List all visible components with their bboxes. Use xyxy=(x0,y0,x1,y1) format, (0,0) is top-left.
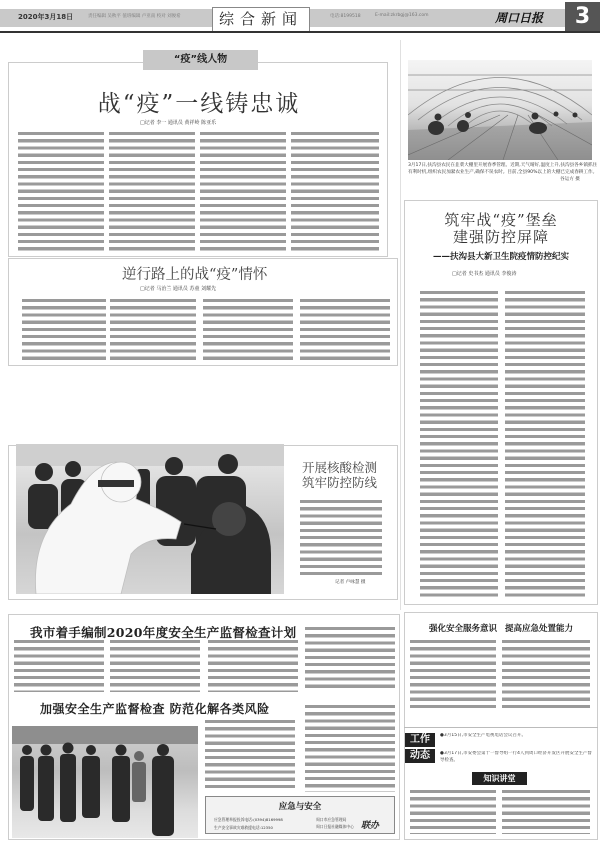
risk-headline: 加强安全生产监督检查 防范化解各类风险 xyxy=(40,700,270,717)
issue-date: 2020年3月18日 xyxy=(18,12,73,22)
inspection-illustration xyxy=(12,726,198,838)
ad-hotline-rescue: 生产安全事故灾难救援电话:12350 xyxy=(214,825,273,831)
work-news-divider xyxy=(404,727,598,728)
fortress-subtitle: ——扶沟县大新卫生院疫情防控纪实 xyxy=(408,250,594,262)
safety-plan-column-2 xyxy=(110,640,200,692)
ad-organizer-1: 周口市应急管理局 xyxy=(316,817,346,823)
newspaper-logo: 周口日报 xyxy=(495,9,543,26)
nucleic-test-illustration xyxy=(16,444,284,594)
safety-plan-column-4 xyxy=(305,627,395,692)
service-column-2 xyxy=(502,640,590,708)
masthead-rule xyxy=(0,31,600,33)
knowledge-label: 知识讲堂 xyxy=(472,772,527,785)
fortress-headline: 筑牢战“疫”堡垒 建强防控屏障 xyxy=(408,212,594,246)
nucleic-headline-line-1: 开展核酸检测 xyxy=(302,460,377,475)
fortress-headline-line-1: 筑牢战“疫”堡垒 xyxy=(408,212,594,229)
feature-column-1 xyxy=(18,132,104,254)
service-column-1 xyxy=(410,640,496,708)
nucleic-body-column xyxy=(300,500,382,578)
greenhouse-credit: 谷运方 摄 xyxy=(560,176,580,182)
retrograde-column-4 xyxy=(203,299,293,363)
knowledge-column-1 xyxy=(410,790,496,834)
knowledge-column-2 xyxy=(502,790,590,834)
work-news-label-2: 动态 xyxy=(405,749,435,763)
retrograde-headline: 逆行路上的战“疫”情怀 xyxy=(100,263,350,284)
risk-column-1 xyxy=(205,720,295,792)
work-news-item-1: ●3月15日,市安全生产电视电话会议召开。 xyxy=(440,733,592,747)
fortress-headline-line-2: 建强防控屏障 xyxy=(408,229,594,246)
fortress-byline: □记者 史书杰 通讯员 李俊涛 xyxy=(452,270,517,277)
ad-joint-label: 联办 xyxy=(361,818,379,831)
retrograde-column-3 xyxy=(110,299,196,363)
inspection-photo xyxy=(12,726,198,838)
fortress-column-1 xyxy=(420,291,498,599)
retrograde-byline: □记者 马治兰 通讯员 苏童 刘耀先 xyxy=(140,285,216,292)
nucleic-test-photo xyxy=(16,444,284,594)
fortress-column-2 xyxy=(505,291,585,599)
safety-plan-column-1 xyxy=(14,640,104,692)
nucleic-headline-line-2: 筑牢防控防线 xyxy=(302,475,377,490)
greenhouse-illustration xyxy=(408,60,592,160)
page-column-divider xyxy=(400,40,401,610)
feature-column-2 xyxy=(109,132,195,254)
email-line: E-mail:zkrbgj@163.com xyxy=(375,13,429,18)
safety-plan-column-3 xyxy=(208,640,298,692)
greenhouse-caption: 3月17日,扶沟县农民在韭菜大棚里开展春季管理。近期,天气晴好,温度上升,扶沟县… xyxy=(408,163,598,176)
safety-plan-headline: 我市着手编制2020年度安全生产监督检查计划 xyxy=(30,623,296,641)
emergency-safety-ad: 应急与安全 应急管理举报投诉电话:(0394)8169998 生产安全事故灾难救… xyxy=(205,796,395,834)
ad-organizer-2: 周口日报社融媒体中心 xyxy=(316,824,354,830)
feature-column-4 xyxy=(291,132,379,254)
service-headline: 强化安全服务意识 提高应急处置能力 xyxy=(408,622,594,634)
nucleic-credit: 记者 卢咏慧 摄 xyxy=(335,579,365,585)
feature-byline: □记者 李一 通讯员 黄祥岭 陈亚乐 xyxy=(140,119,216,126)
nucleic-headline: 开展核酸检测 筑牢防控防线 xyxy=(302,460,377,490)
greenhouse-photo xyxy=(408,60,592,160)
feature-column-3 xyxy=(200,132,286,254)
risk-column-2 xyxy=(305,705,395,792)
retrograde-column-5 xyxy=(300,299,390,363)
editors-line: 责任编辑 吴秋平 值班编辑 卢亚南 校对 刘俊希 xyxy=(88,13,181,19)
feature-headline: 战“疫”一线铸忠诚 xyxy=(0,85,398,118)
retrograde-column-1 xyxy=(22,299,106,363)
phone-line: 电话:8199518 xyxy=(330,13,361,19)
work-news-label-1: 工作 xyxy=(405,733,435,747)
work-news-item-2: ●3月17日,市安委会第十一督导组一行4人到周口经济开发区开展安全生产督导检查。 xyxy=(440,751,592,765)
ad-title: 应急与安全 xyxy=(206,800,394,812)
feature-tag: “疫”线人物 xyxy=(143,50,258,70)
section-title: 综合新闻 xyxy=(212,7,310,31)
ad-hotline-report: 应急管理举报投诉电话:(0394)8169998 xyxy=(214,817,283,823)
page-number: 3 xyxy=(565,2,600,31)
masthead: 2020年3月18日 责任编辑 吴秋平 值班编辑 卢亚南 校对 刘俊希 综合新闻… xyxy=(0,0,600,44)
